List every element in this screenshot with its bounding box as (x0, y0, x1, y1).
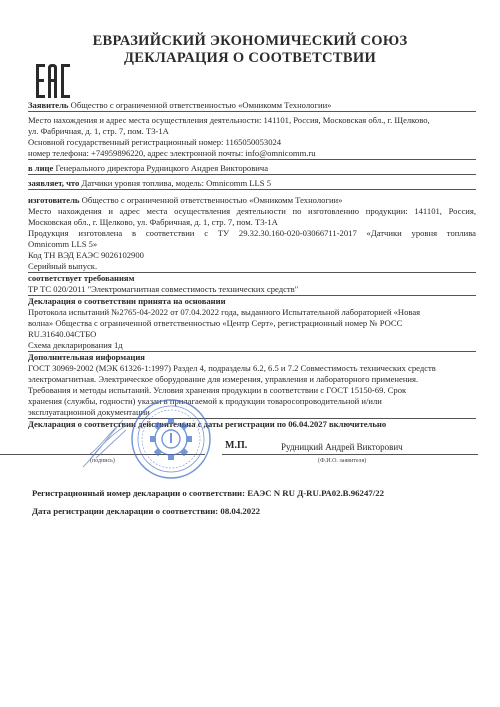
seal-placeholder: М.П. (225, 440, 247, 451)
declares-section: заявляет, что Датчики уровня топлива, мо… (28, 175, 476, 190)
signer-caption: (Ф.И.О. заявителя) (318, 458, 366, 464)
basis-line-3: RU.31640.04СТБО (28, 329, 476, 340)
represented-label: в лице (28, 163, 53, 173)
applicant-contacts: номер телефона: +74959896220, адрес элек… (28, 148, 476, 159)
registration-date: Дата регистрации декларации о соответств… (32, 506, 260, 516)
manufacturer-address-2: Московская обл., г. Щелково, ул. Фабричн… (28, 217, 476, 228)
applicant-details: Место нахождения и адрес места осуществл… (28, 112, 476, 160)
basis-line-1: Протокола испытаний №2765-04-2022 от 07.… (28, 307, 476, 318)
eac-logo-icon (34, 64, 74, 98)
manufacturer-section: изготовитель Общество с ограниченной отв… (28, 190, 476, 273)
applicant-section: Заявитель Общество с ограниченной ответс… (28, 100, 476, 112)
additional-line-4: хранения (службы, годности) указан в при… (28, 396, 476, 407)
union-title: ЕВРАЗИЙСКИЙ ЭКОНОМИЧЕСКИЙ СОЮЗ (0, 33, 500, 50)
document-title: ДЕКЛАРАЦИЯ О СООТВЕТСТВИИ (0, 50, 500, 67)
additional-section: Дополнительная информация ГОСТ 30969-200… (28, 352, 476, 419)
applicant-address-2: ул. Фабричная, д. 1, стр. 7, пом. Т3-1А (28, 126, 476, 137)
signer-name-line (222, 454, 478, 455)
requirements-section: соответствует требованиям ТР ТС 020/2011… (28, 273, 476, 296)
registration-number: Регистрационный номер декларации о соотв… (32, 488, 384, 498)
manufacturer-serial: Серийный выпуск. (28, 261, 476, 272)
applicant-name: Общество с ограниченной ответственностью… (71, 100, 332, 110)
requirements-label: соответствует требованиям (28, 273, 476, 284)
additional-line-1: ГОСТ 30969-2002 (МЭК 61326-1:1997) Разде… (28, 363, 476, 374)
declares-label: заявляет, что (28, 178, 79, 188)
basis-line-2: волна» Общества с ограниченной ответстве… (28, 318, 476, 329)
basis-scheme: Схема декларирования 1д (28, 340, 476, 351)
represented-section: в лице Генерального директора Рудницкого… (28, 160, 476, 175)
represented-text: Генерального директора Рудницкого Андрея… (55, 163, 268, 173)
manufacturer-product-2: Omnicomm LLS 5» (28, 239, 476, 250)
signer-name: Рудницкий Андрей Викторович (281, 442, 403, 452)
manufacturer-product-1: Продукция изготовлена в соответствии с Т… (28, 228, 476, 239)
declaration-body: Заявитель Общество с ограниченной ответс… (28, 100, 476, 430)
handwritten-signature-icon (78, 412, 138, 472)
additional-label: Дополнительная информация (28, 352, 476, 363)
requirements-text: ТР ТС 020/2011 "Электромагнитная совмест… (28, 284, 476, 295)
additional-line-2: электромагнитная. Электрическое оборудов… (28, 374, 476, 385)
basis-section: Декларация о соответствии принята на осн… (28, 296, 476, 352)
manufacturer-label: изготовитель (28, 195, 79, 205)
company-stamp-icon (130, 398, 212, 480)
applicant-ogrn: Основной государственный регистрационный… (28, 137, 476, 148)
applicant-label: Заявитель (28, 100, 68, 110)
manufacturer-tn-ved: Код ТН ВЭД ЕАЭС 9026102900 (28, 250, 476, 261)
manufacturer-name: Общество с ограниченной ответственностью… (82, 195, 343, 205)
basis-label: Декларация о соответствии принята на осн… (28, 296, 476, 307)
declares-text: Датчики уровня топлива, модель: Omnicomm… (82, 178, 272, 188)
applicant-address-1: Место нахождения и адрес места осуществл… (28, 115, 476, 126)
manufacturer-address-1: Место нахождения и адрес места осуществл… (28, 206, 476, 217)
additional-line-3: Требования и методы испытаний. Условия х… (28, 385, 476, 396)
